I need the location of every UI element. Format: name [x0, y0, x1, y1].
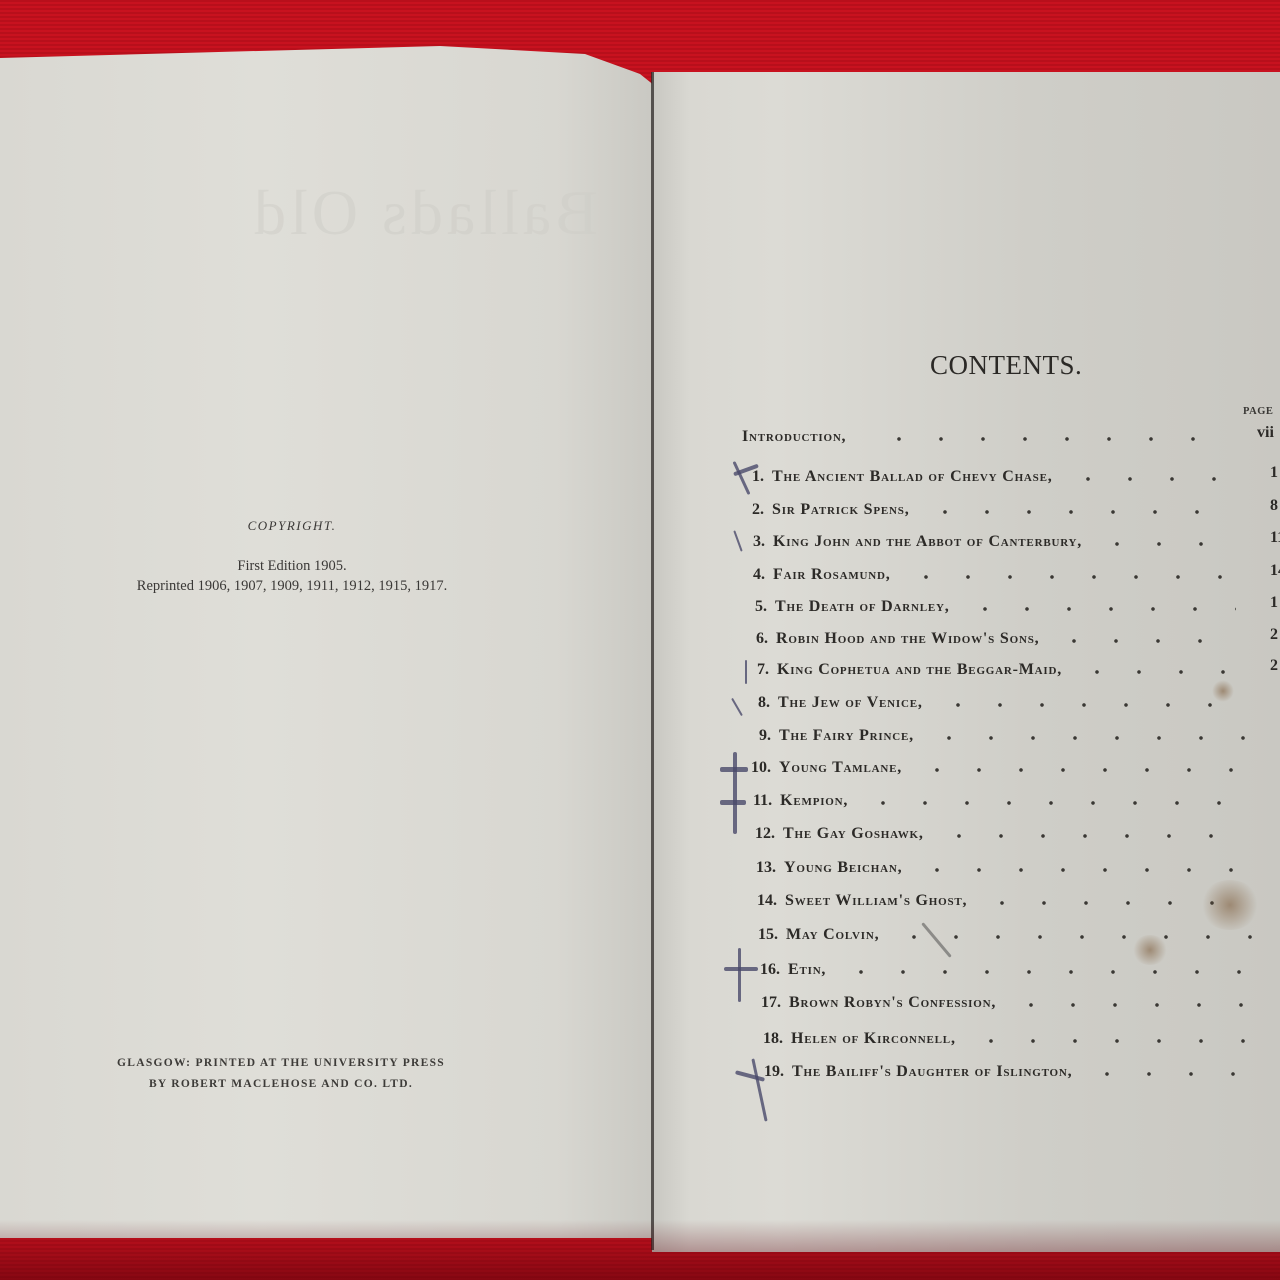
toc-number: 5.	[755, 598, 767, 616]
toc-page-number: 2	[1270, 626, 1278, 644]
toc-title: Kempion,	[780, 792, 848, 810]
dot-leaders	[905, 575, 1230, 579]
toc-row: 19.The Bailiff's Daughter of Islington,	[764, 1063, 1072, 1089]
toc-row: 16.Etin,	[760, 961, 826, 987]
dot-leaders	[916, 768, 1245, 772]
dot-leaders	[1053, 639, 1236, 643]
toc-title: The Fairy Prince,	[779, 727, 914, 745]
toc-row: 7.King Cophetua and the Beggar-Maid,	[757, 661, 1062, 687]
toc-row: 3.King John and the Abbot of Canterbury,	[753, 533, 1082, 559]
toc-row: 8.The Jew of Venice,	[758, 694, 923, 720]
toc-row: 10.Young Tamlane,	[751, 759, 902, 785]
dot-leaders	[916, 868, 1252, 872]
toc-row: 11.Kempion,	[753, 792, 848, 818]
pencil-cross-mark	[733, 752, 737, 834]
toc-title: The Ancient Ballad of Chevy Chase,	[772, 468, 1053, 486]
first-edition-line: First Edition 1905.	[100, 556, 484, 576]
toc-title: Introduction,	[742, 428, 846, 446]
toc-title: Sir Patrick Spens,	[772, 501, 910, 519]
book-gutter	[651, 72, 654, 1250]
bleed-through-title: Ballads Old	[250, 176, 598, 250]
toc-title: Young Beichan,	[784, 859, 902, 877]
copyright-block: COPYRIGHT. First Edition 1905. Reprinted…	[100, 518, 484, 596]
dot-leaders	[1086, 1072, 1262, 1076]
toc-number: 2.	[752, 501, 764, 519]
dot-leaders	[937, 703, 1240, 707]
toc-page-number: 11	[1270, 529, 1280, 547]
toc-page-number: 1	[1270, 594, 1278, 612]
toc-row: 5.The Death of Darnley,	[755, 598, 950, 624]
toc-row: 14.Sweet William's Ghost,	[757, 892, 967, 918]
toc-number: 11.	[753, 792, 772, 810]
dot-leaders	[893, 935, 1255, 939]
toc-page-number: vii	[1257, 424, 1274, 442]
printer-line-2: BY ROBERT MACLEHOSE AND CO. LTD.	[104, 1074, 458, 1095]
foxing-stain	[1132, 935, 1168, 965]
toc-number: 7.	[757, 661, 769, 679]
toc-row: 12.The Gay Goshawk,	[755, 825, 924, 851]
foxing-stain	[1212, 680, 1234, 702]
toc-row: 18.Helen of Kirconnell,	[763, 1030, 956, 1056]
toc-number: 16.	[760, 961, 780, 979]
toc-number: 3.	[753, 533, 765, 551]
dot-leaders	[1067, 477, 1230, 481]
pencil-cross-mark	[724, 967, 758, 971]
toc-number: 9.	[759, 727, 771, 745]
toc-title: May Colvin,	[786, 926, 879, 944]
reprints-line: Reprinted 1906, 1907, 1909, 1911, 1912, …	[100, 576, 484, 596]
dot-leaders	[1010, 1003, 1260, 1007]
toc-title: Fair Rosamund,	[773, 566, 891, 584]
dot-leaders	[938, 834, 1250, 838]
printer-line-1: GLASGOW: PRINTED AT THE UNIVERSITY PRESS	[104, 1053, 458, 1074]
toc-title: King John and the Abbot of Canterbury,	[773, 533, 1082, 551]
toc-title: Brown Robyn's Confession,	[789, 994, 996, 1012]
toc-page-number: 1	[1270, 464, 1278, 482]
toc-title: The Death of Darnley,	[775, 598, 950, 616]
toc-number: 18.	[763, 1030, 783, 1048]
toc-row: 1.The Ancient Ballad of Chevy Chase,	[752, 468, 1053, 494]
toc-title: The Bailiff's Daughter of Islington,	[792, 1063, 1072, 1081]
toc-row: 2.Sir Patrick Spens,	[752, 501, 910, 527]
toc-number: 10.	[751, 759, 771, 777]
toc-page-number: 8	[1270, 497, 1278, 515]
foxing-stain	[1200, 880, 1260, 930]
toc-row: 17.Brown Robyn's Confession,	[761, 994, 996, 1020]
dot-leaders	[862, 801, 1248, 805]
toc-number: 15.	[758, 926, 778, 944]
toc-title: Young Tamlane,	[779, 759, 902, 777]
toc-number: 17.	[761, 994, 781, 1012]
dot-leaders	[924, 510, 1230, 514]
pencil-cross-mark	[738, 948, 741, 1002]
toc-row: 13.Young Beichan,	[756, 859, 902, 885]
dot-leaders	[878, 437, 1228, 441]
toc-title: Robin Hood and the Widow's Sons,	[776, 630, 1039, 648]
toc-title: Etin,	[788, 961, 826, 979]
toc-number: 14.	[757, 892, 777, 910]
toc-number: 1.	[752, 468, 764, 486]
dot-leaders	[928, 736, 1245, 740]
dot-leaders	[840, 970, 1256, 974]
toc-title: Helen of Kirconnell,	[791, 1030, 956, 1048]
toc-row: 4.Fair Rosamund,	[753, 566, 891, 592]
dot-leaders	[964, 607, 1236, 611]
page-column-header: PAGE	[1243, 406, 1273, 417]
toc-row: 9.The Fairy Prince,	[759, 727, 914, 753]
toc-number: 19.	[764, 1063, 784, 1081]
dot-leaders	[970, 1039, 1262, 1043]
printer-imprint: GLASGOW: PRINTED AT THE UNIVERSITY PRESS…	[104, 1053, 458, 1095]
toc-number: 6.	[756, 630, 768, 648]
shadow	[0, 1220, 1280, 1280]
toc-number: 4.	[753, 566, 765, 584]
pencil-tick-mark	[745, 660, 747, 684]
toc-number: 8.	[758, 694, 770, 712]
toc-row: 6.Robin Hood and the Widow's Sons,	[756, 630, 1039, 656]
dot-leaders	[1096, 542, 1230, 546]
dot-leaders	[1076, 670, 1236, 674]
toc-page-number: 2	[1270, 657, 1278, 675]
toc-page-number: 14	[1270, 562, 1280, 580]
toc-title: The Jew of Venice,	[778, 694, 923, 712]
pencil-cross-mark	[720, 800, 746, 805]
toc-number: 12.	[755, 825, 775, 843]
toc-number: 13.	[756, 859, 776, 877]
copyright-heading: COPYRIGHT.	[100, 518, 484, 534]
contents-title: CONTENTS.	[930, 350, 1082, 381]
toc-row: 15.May Colvin,	[758, 926, 879, 952]
toc-row-introduction: Introduction,	[742, 428, 846, 454]
toc-title: The Gay Goshawk,	[783, 825, 924, 843]
toc-title: King Cophetua and the Beggar-Maid,	[777, 661, 1062, 679]
toc-title: Sweet William's Ghost,	[785, 892, 967, 910]
pencil-cross-mark	[720, 767, 748, 772]
